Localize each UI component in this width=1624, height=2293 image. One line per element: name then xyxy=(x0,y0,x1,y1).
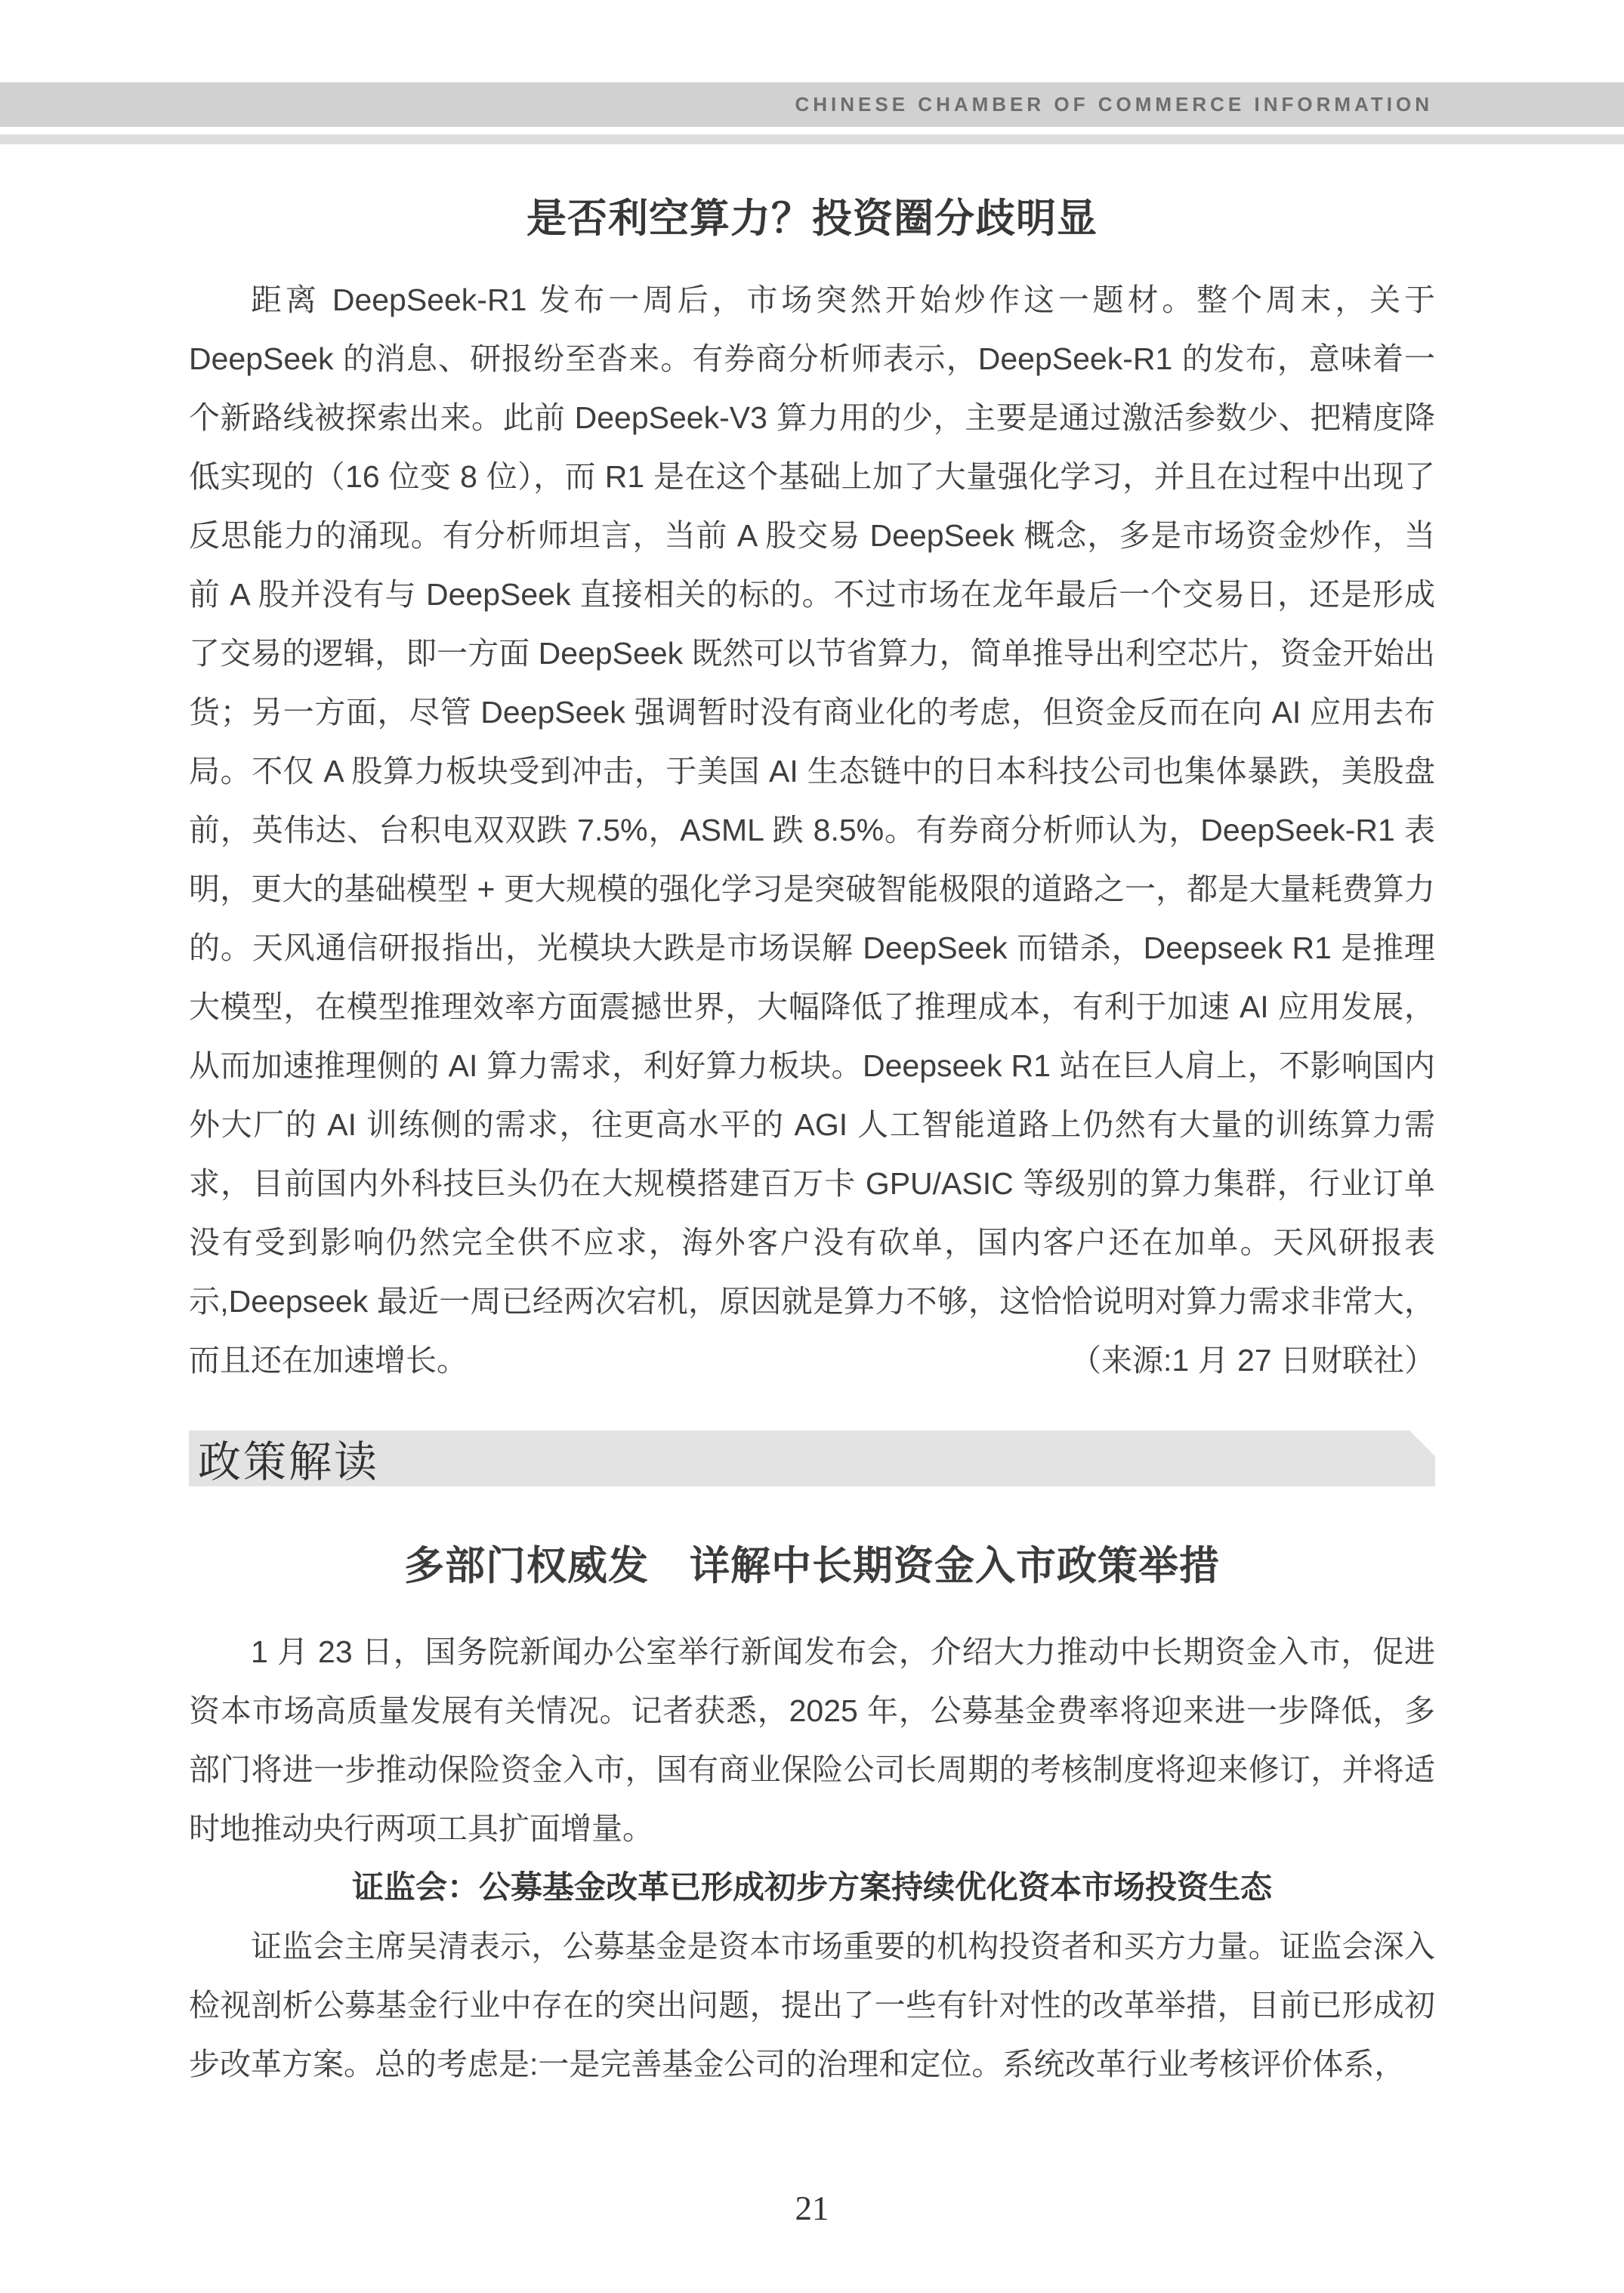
article2-title: 多部门权威发 详解中长期资金入市政策举措 xyxy=(189,1542,1435,1591)
article2-para2: 证监会主席吴清表示，公募基金是资本市场重要的机构投资者和买方力量。证监会深入检视… xyxy=(189,1917,1435,2094)
page: CHINESE CHAMBER OF COMMERCE INFORMATION … xyxy=(0,0,1624,2293)
page-number: 21 xyxy=(0,2189,1624,2228)
section-label: 政策解读 xyxy=(198,1427,379,1489)
header-rule xyxy=(0,134,1624,144)
article1-title: 是否利空算力？投资圈分歧明显 xyxy=(189,195,1435,243)
article2-subheading: 证监会：公募基金改革已形成初步方案持续优化资本市场投资生态 xyxy=(189,1858,1435,1917)
header-banner-text: CHINESE CHAMBER OF COMMERCE INFORMATION xyxy=(795,93,1433,116)
content: 是否利空算力？投资圈分歧明显 距离 DeepSeek-R1 发布一周后，市场突然… xyxy=(189,195,1435,2094)
article1-body-text: 距离 DeepSeek-R1 发布一周后，市场突然开始炒作这一题材。整个周末，关… xyxy=(189,282,1435,1378)
header-band: CHINESE CHAMBER OF COMMERCE INFORMATION xyxy=(0,82,1624,127)
section-banner: 政策解读 xyxy=(189,1430,1435,1486)
article1-body: 距离 DeepSeek-R1 发布一周后，市场突然开始炒作这一题材。整个周末，关… xyxy=(189,270,1435,1390)
article2-para1: 1 月 23 日，国务院新闻办公室举行新闻发布会，介绍大力推动中长期资金入市，促… xyxy=(189,1622,1435,1858)
article1-source: （来源:1 月 27 日财联社） xyxy=(1070,1331,1435,1390)
